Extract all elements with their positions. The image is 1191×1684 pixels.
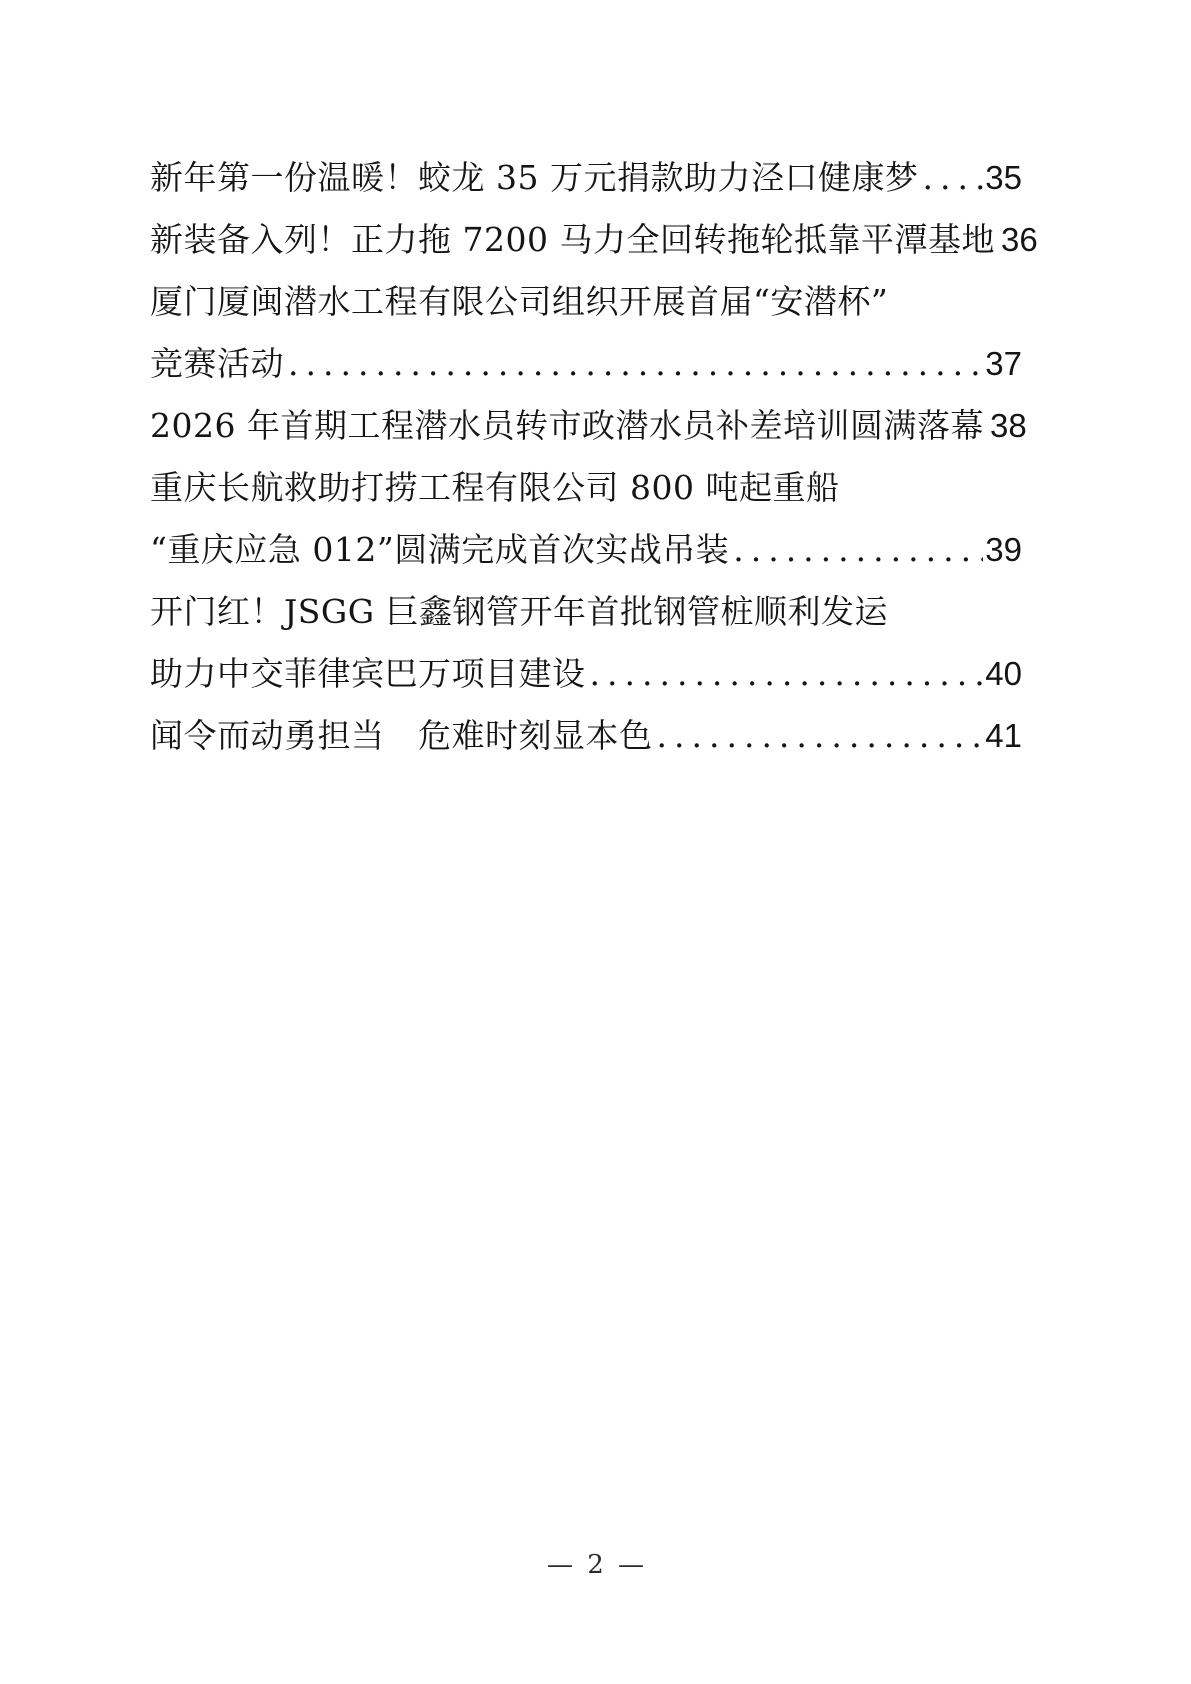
toc-entry[interactable]: 闻令而动勇担当 危难时刻显本色 ........................… bbox=[150, 705, 1022, 767]
toc-entry[interactable]: 新年第一份温暖！蛟龙 35 万元捐款助力泾口健康梦 ..............… bbox=[150, 147, 1022, 209]
toc-entry[interactable]: 厦门厦闽潜水工程有限公司组织开展首届“安潜杯” bbox=[150, 271, 1022, 333]
toc-entry-title: 闻令而动勇担当 危难时刻显本色 bbox=[150, 705, 653, 767]
toc-entry-title: 新年第一份温暖！蛟龙 35 万元捐款助力泾口健康梦 bbox=[150, 147, 918, 209]
toc-page-number: 35 bbox=[983, 147, 1022, 209]
toc-page-number: 41 bbox=[983, 705, 1022, 767]
toc-entry-title: “重庆应急 012”圆满完成首次实战吊装 bbox=[150, 519, 729, 581]
toc-dot-leader: ........................................… bbox=[586, 643, 984, 705]
toc-entry-title: 重庆长航救助打捞工程有限公司 800 吨起重船 bbox=[150, 457, 839, 519]
toc-page-number: 37 bbox=[983, 333, 1022, 395]
toc-entry[interactable]: 新装备入列！正力拖 7200 马力全回转拖轮抵靠平潭基地 ...........… bbox=[150, 209, 1022, 271]
toc-dot-leader: ........................................… bbox=[918, 147, 983, 209]
toc-entry[interactable]: 开门红！JSGG 巨鑫钢管开年首批钢管桩顺利发运 bbox=[150, 581, 1022, 643]
toc-entry-title: 新装备入列！正力拖 7200 马力全回转拖轮抵靠平潭基地 bbox=[150, 209, 995, 271]
page-footer: — 2 — bbox=[0, 1548, 1191, 1582]
toc-entry[interactable]: “重庆应急 012”圆满完成首次实战吊装 ...................… bbox=[150, 519, 1022, 581]
toc-entry-title: 竞赛活动 bbox=[150, 333, 284, 395]
toc-dot-leader: ........................................… bbox=[284, 333, 983, 395]
toc-page-number: 40 bbox=[983, 643, 1022, 705]
document-page: 新年第一份温暖！蛟龙 35 万元捐款助力泾口健康梦 ..............… bbox=[0, 0, 1191, 1684]
toc-entry-title: 开门红！JSGG 巨鑫钢管开年首批钢管桩顺利发运 bbox=[150, 581, 888, 643]
toc-entry[interactable]: 助力中交菲律宾巴万项目建设 ..........................… bbox=[150, 643, 1022, 705]
toc-entry-title: 助力中交菲律宾巴万项目建设 bbox=[150, 643, 586, 705]
toc-page-number: 38 bbox=[988, 395, 1027, 457]
table-of-contents: 新年第一份温暖！蛟龙 35 万元捐款助力泾口健康梦 ..............… bbox=[150, 147, 1022, 767]
toc-entry-title: 2026 年首期工程潜水员转市政潜水员补差培训圆满落幕 bbox=[150, 395, 984, 457]
toc-entry-title: 厦门厦闽潜水工程有限公司组织开展首届“安潜杯” bbox=[150, 271, 888, 333]
toc-entry[interactable]: 2026 年首期工程潜水员转市政潜水员补差培训圆满落幕 ............… bbox=[150, 395, 1022, 457]
toc-entry[interactable]: 重庆长航救助打捞工程有限公司 800 吨起重船 bbox=[150, 457, 1022, 519]
toc-entry[interactable]: 竞赛活动 ...................................… bbox=[150, 333, 1022, 395]
toc-page-number: 39 bbox=[983, 519, 1022, 581]
toc-dot-leader: ........................................… bbox=[729, 519, 983, 581]
toc-dot-leader: ........................................… bbox=[653, 705, 984, 767]
toc-page-number: 36 bbox=[999, 209, 1038, 271]
footer-page-number: — 2 — bbox=[547, 1550, 644, 1580]
